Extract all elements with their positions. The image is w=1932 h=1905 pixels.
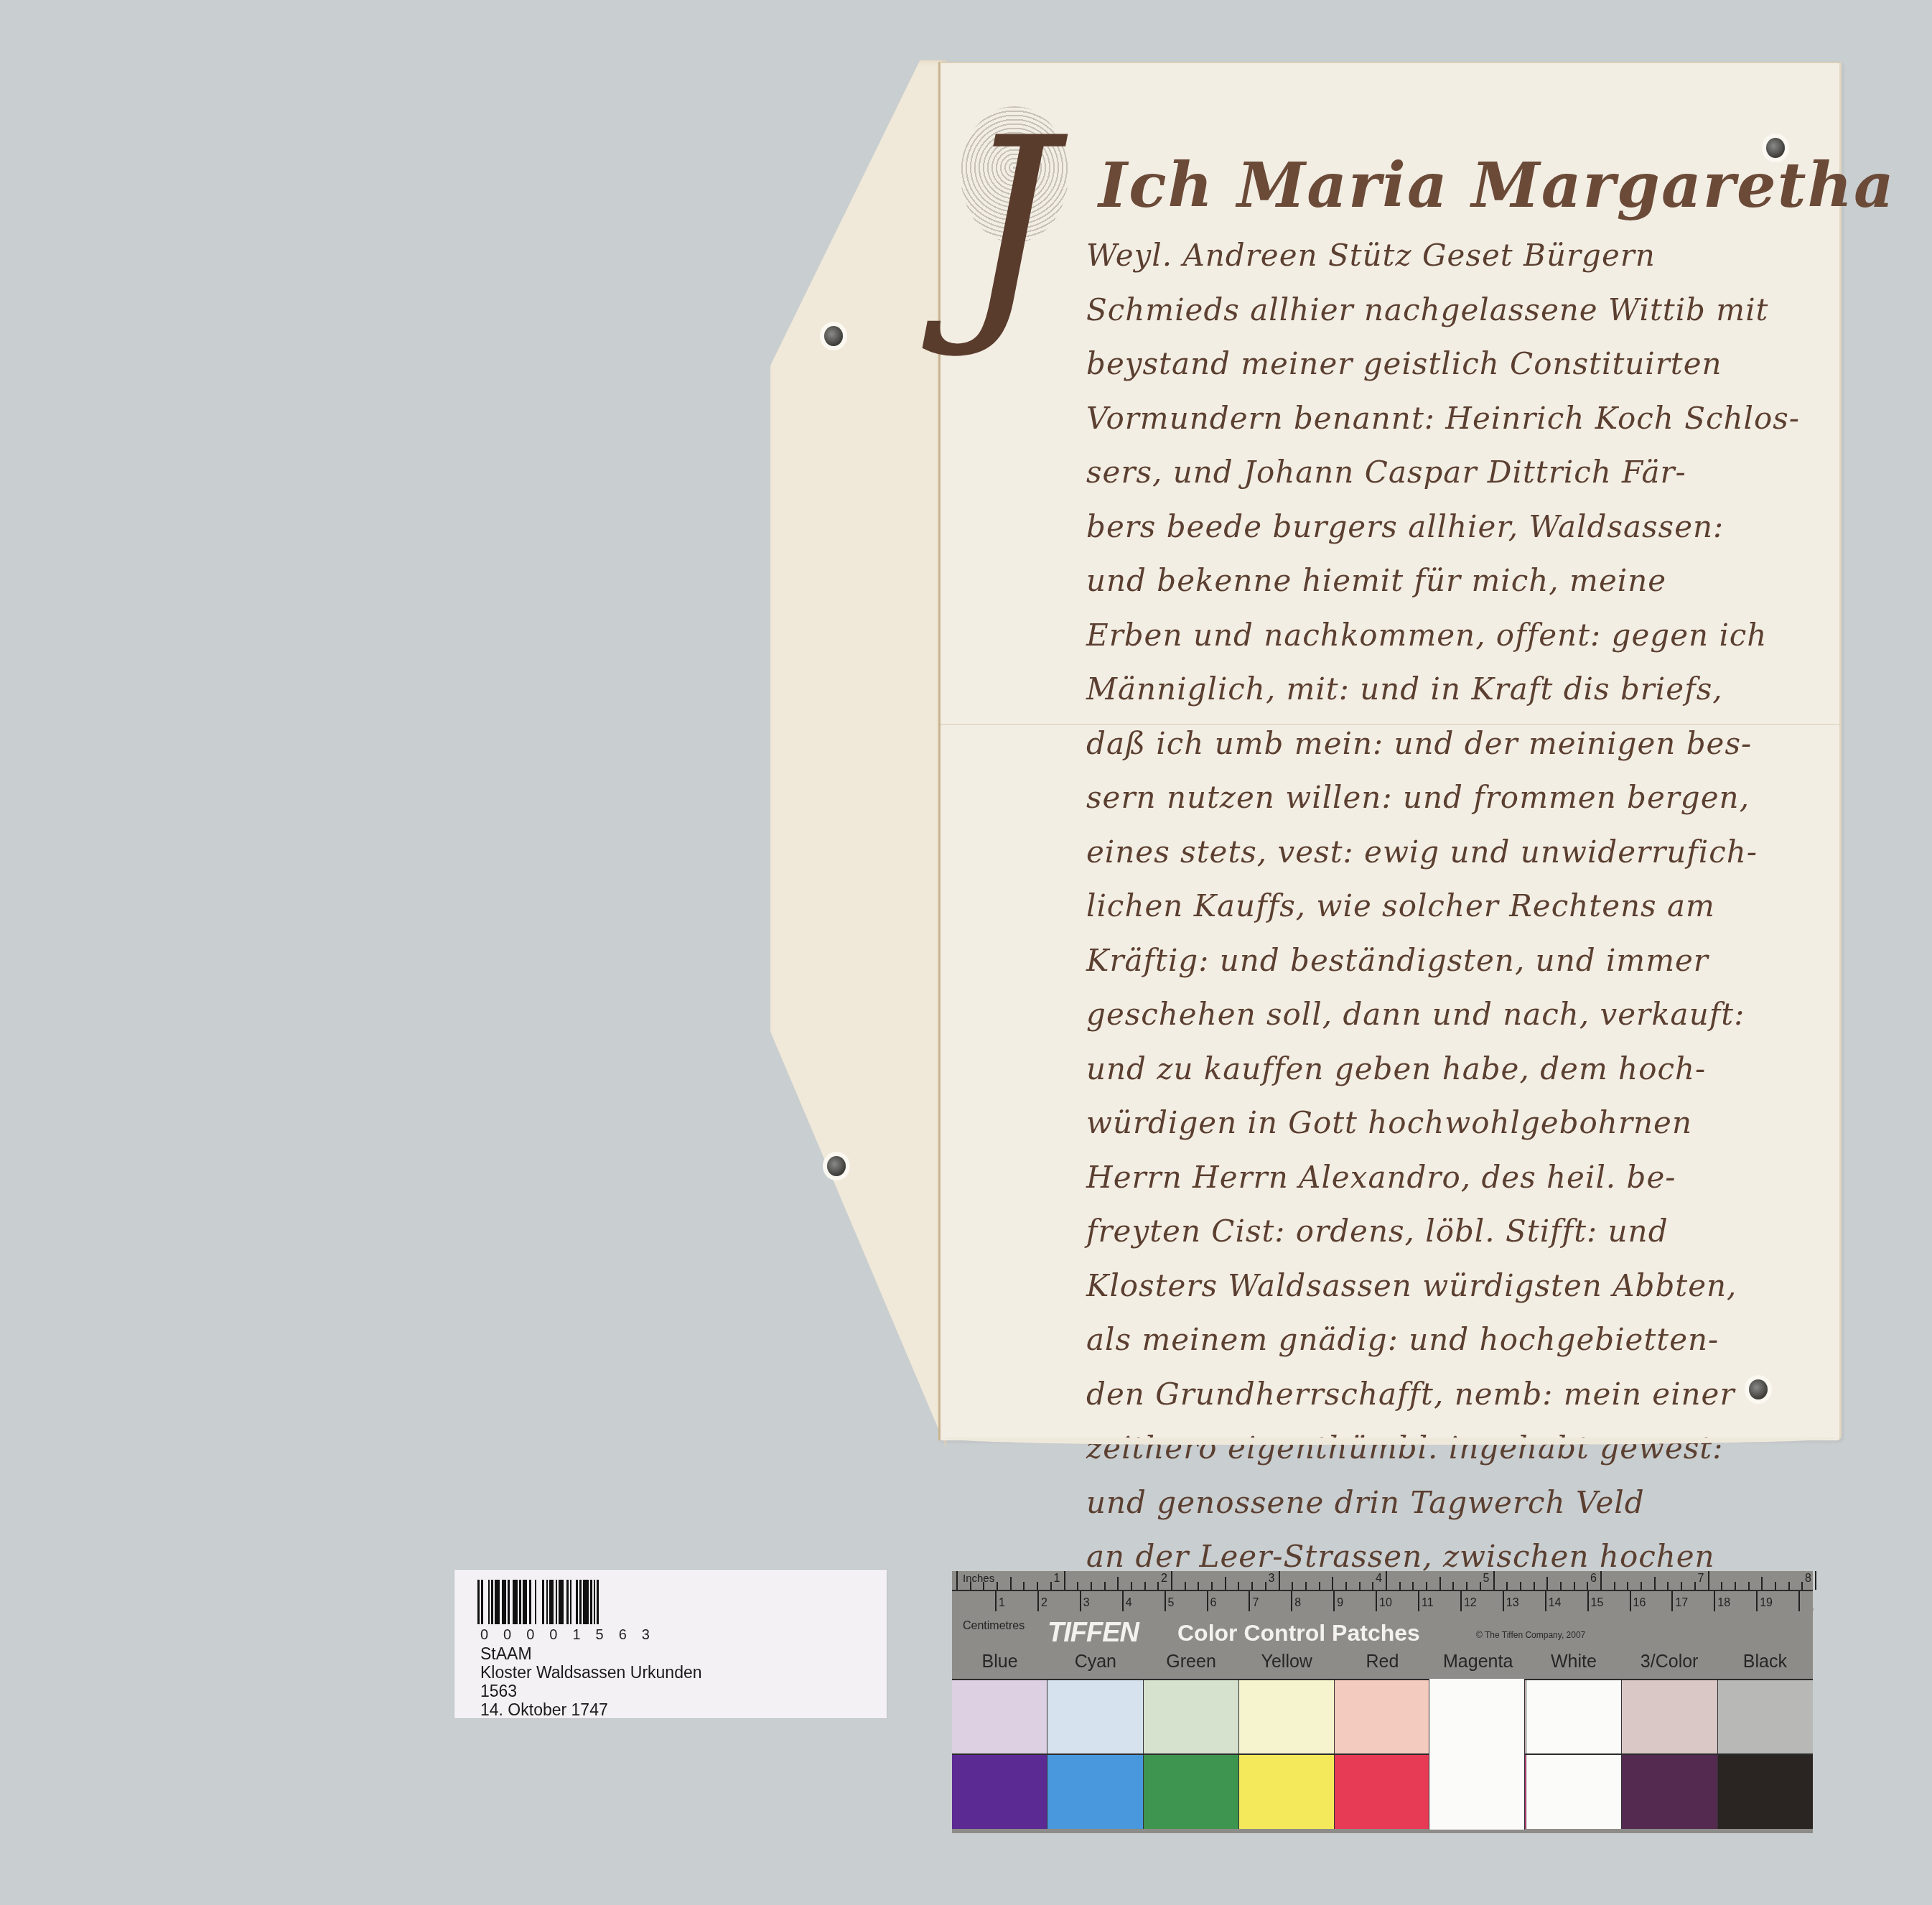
patch-red-dark: [1335, 1755, 1430, 1829]
text-line: als meinem gnädig: und hochgebietten-: [1025, 1313, 1815, 1367]
inch-tick: [1319, 1582, 1320, 1590]
cm-tick-label: 8: [1294, 1597, 1301, 1610]
inch-tick: [1185, 1582, 1186, 1590]
cm-tick: [1207, 1591, 1208, 1611]
inch-tick: [983, 1582, 984, 1590]
text-line: und zu kauffen geben habe, dem hoch-: [1025, 1042, 1815, 1096]
patch-red-light: [1335, 1680, 1430, 1754]
inch-tick: [1010, 1577, 1012, 1590]
inch-tick: [1748, 1582, 1750, 1590]
inch-tick-label: 5: [1483, 1573, 1490, 1585]
inch-tick: [1546, 1577, 1548, 1590]
inch-tick: [1614, 1582, 1615, 1590]
text-line: Männiglich, mit: und in Kraft dis briefs…: [1025, 662, 1815, 717]
text-line: und genossene drin Tagwerch Veld: [1025, 1476, 1815, 1530]
cm-tick-label: 15: [1591, 1597, 1604, 1610]
inch-tick: [1279, 1571, 1280, 1590]
patch-yellow-dark: [1239, 1755, 1335, 1829]
text-line: Vormundern benannt: Heinrich Koch Schlos…: [1025, 391, 1815, 446]
inch-tick: [1426, 1582, 1427, 1590]
inch-tick: [1399, 1582, 1401, 1590]
cm-tick: [1080, 1591, 1081, 1611]
inch-tick: [1439, 1577, 1441, 1590]
cm-tick: [1122, 1591, 1124, 1611]
cm-tick-label: 7: [1252, 1597, 1259, 1610]
inch-tick: [1775, 1582, 1776, 1590]
patch-3color-light: [1622, 1680, 1717, 1754]
inch-tick-label: 6: [1590, 1573, 1597, 1585]
patch-black-dark: [1718, 1755, 1813, 1829]
cm-tick: [1460, 1591, 1462, 1611]
inch-tick: [1238, 1582, 1239, 1590]
inch-tick: [997, 1582, 998, 1590]
patch-label-magenta: Magenta: [1430, 1652, 1526, 1672]
cm-tick-label: 18: [1717, 1597, 1730, 1610]
inch-tick: [1815, 1571, 1816, 1590]
record-number: 1563: [480, 1682, 702, 1700]
tiffen-logo: TIFFEN: [1047, 1618, 1139, 1649]
cm-tick-label: 2: [1041, 1597, 1047, 1610]
cm-tick: [1545, 1591, 1546, 1611]
inch-tick: [1064, 1571, 1065, 1590]
inch-tick: [1131, 1582, 1132, 1590]
text-line: sers, und Johann Caspar Dittrich Fär-: [1025, 445, 1815, 500]
text-line: geschehen soll, dann und nach, verkauft:: [1025, 987, 1815, 1042]
inch-tick: [1587, 1582, 1588, 1590]
inch-tick: [1480, 1582, 1481, 1590]
inch-tick: [1198, 1582, 1199, 1590]
cm-tick: [995, 1591, 997, 1611]
patch-cyan-light: [1047, 1680, 1143, 1754]
barcode-bar: [599, 1580, 601, 1624]
cm-tick-label: 11: [1422, 1597, 1434, 1610]
inch-tick: [1534, 1582, 1535, 1590]
manuscript-text: Weyl. Andreen Stütz Geset Bürgern Schmie…: [1025, 228, 1815, 1638]
patch-green-dark: [1144, 1755, 1239, 1829]
inch-tick: [1332, 1577, 1333, 1590]
text-line: Schmieds allhier nachgelassene Wittib mi…: [1025, 283, 1815, 337]
inch-tick: [1225, 1577, 1226, 1590]
cm-tick: [1037, 1591, 1039, 1611]
patch-green-light: [1144, 1680, 1239, 1754]
cm-tick: [1587, 1591, 1589, 1611]
cm-tick-label: 14: [1549, 1597, 1562, 1610]
inch-tick: [1801, 1582, 1803, 1590]
cm-tick-label: 17: [1675, 1597, 1688, 1610]
patch-blue-light: [952, 1680, 1047, 1754]
barcode-bar: [495, 1580, 500, 1624]
text-line: bers beede burgers allhier, Waldsassen:: [1025, 500, 1815, 554]
patch-3color-dark: [1622, 1755, 1717, 1829]
copyright-notice: © The Tiffen Company, 2007: [1476, 1630, 1585, 1640]
patch-label-black: Black: [1717, 1652, 1813, 1672]
inch-tick: [1412, 1582, 1414, 1590]
barcode-number: 00001563: [480, 1627, 665, 1644]
inch-tick: [1735, 1582, 1736, 1590]
inch-tick: [1292, 1582, 1293, 1590]
cm-tick-label: 4: [1126, 1597, 1132, 1610]
patch-cyan-dark: [1047, 1755, 1143, 1829]
cm-tick: [1249, 1591, 1250, 1611]
cm-tick: [1798, 1591, 1800, 1611]
cm-tick: [1333, 1591, 1335, 1611]
inch-tick: [1667, 1582, 1669, 1590]
cm-tick: [1503, 1591, 1504, 1611]
inch-tick: [956, 1571, 958, 1590]
inch-tick: [1506, 1582, 1508, 1590]
inch-tick-label: 3: [1269, 1573, 1275, 1585]
cm-tick-label: 13: [1506, 1597, 1519, 1610]
archive-label: 00001563 StAAM Kloster Waldsassen Urkund…: [454, 1570, 887, 1718]
cm-tick-label: 12: [1464, 1597, 1477, 1610]
patch-label-cyan: Cyan: [1047, 1652, 1143, 1672]
record-date: 14. Oktober 1747: [480, 1700, 702, 1719]
text-line: Klosters Waldsassen würdigsten Abbten,: [1025, 1259, 1815, 1313]
inch-tick: [1251, 1582, 1253, 1590]
patch-label-3color: 3/Color: [1622, 1652, 1717, 1672]
label-text: StAAM Kloster Waldsassen Urkunden 1563 1…: [480, 1644, 702, 1719]
cm-tick: [1418, 1591, 1419, 1611]
cm-tick-label: 19: [1760, 1597, 1773, 1610]
text-line: Weyl. Andreen Stütz Geset Bürgern: [1025, 228, 1815, 283]
inch-tick-label: 7: [1698, 1573, 1704, 1585]
inch-tick: [1372, 1582, 1373, 1590]
patch-labels: Blue Cyan Green Yellow Red Magenta White…: [952, 1652, 1813, 1672]
patch-label-green: Green: [1143, 1652, 1238, 1672]
inch-tick: [1345, 1582, 1347, 1590]
barcode-bar: [559, 1580, 564, 1624]
mount-rivet-icon: [827, 1156, 846, 1176]
card-title: Color Control Patches: [1177, 1620, 1420, 1647]
barcode-icon: [477, 1580, 601, 1624]
text-line: würdigen in Gott hochwohlgebohrnen: [1025, 1096, 1815, 1150]
patch-white: [1429, 1679, 1525, 1830]
text-line: Herrn Herrn Alexandro, des heil. be-: [1025, 1150, 1815, 1205]
patch-label-red: Red: [1335, 1652, 1430, 1672]
patch-yellow-light: [1239, 1680, 1335, 1754]
inch-tick: [1211, 1582, 1213, 1590]
cm-tick: [1714, 1591, 1715, 1611]
inch-tick: [1077, 1582, 1078, 1590]
inch-tick: [1305, 1582, 1307, 1590]
cm-tick-label: 10: [1379, 1597, 1392, 1610]
text-line: zeithero eigenthümbl. ingehabt gewest:: [1025, 1421, 1815, 1476]
inch-tick: [1104, 1582, 1106, 1590]
color-control-card: Inches 12345678 Centimetres TIFFEN Color…: [952, 1571, 1813, 1833]
cm-tick: [1756, 1591, 1758, 1611]
text-line: sern nutzen willen: und frommen bergen,: [1025, 770, 1815, 825]
inch-tick: [1144, 1582, 1146, 1590]
cm-tick: [1291, 1591, 1292, 1611]
barcode-bar: [483, 1580, 488, 1624]
collection-name: Kloster Waldsassen Urkunden: [480, 1663, 702, 1682]
inch-tick: [1359, 1582, 1361, 1590]
inch-tick: [1037, 1582, 1038, 1590]
inch-tick: [1466, 1582, 1467, 1590]
cm-tick-label: 6: [1210, 1597, 1217, 1610]
patch-white-dark: [1526, 1755, 1622, 1829]
inch-tick: [1265, 1582, 1266, 1590]
text-line: freyten Cist: ordens, löbl. Stifft: und: [1025, 1204, 1815, 1259]
text-line: lichen Kauffs, wie solcher Rechtens am: [1025, 879, 1815, 933]
patch-white-light: [1526, 1680, 1622, 1754]
inch-tick: [970, 1582, 971, 1590]
dark-patch-row: [952, 1753, 1813, 1829]
inch-tick: [1574, 1582, 1575, 1590]
text-line: und bekenne hiemit für mich, meine: [1025, 554, 1815, 608]
cm-tick-label: 16: [1633, 1597, 1646, 1610]
inches-label: Inches: [963, 1573, 994, 1585]
inch-tick: [1157, 1582, 1159, 1590]
barcode-bar: [583, 1580, 589, 1624]
text-line: Kräftig: und beständigsten, und immer: [1025, 933, 1815, 988]
inch-tick: [1117, 1577, 1119, 1590]
inch-tick: [1654, 1577, 1656, 1590]
inch-tick: [1050, 1582, 1052, 1590]
cm-tick: [1630, 1591, 1631, 1611]
inch-tick: [1386, 1571, 1387, 1590]
inch-tick-label: 8: [1805, 1573, 1811, 1585]
inch-tick: [1641, 1582, 1642, 1590]
inch-tick: [1627, 1582, 1628, 1590]
inch-tick: [1694, 1582, 1696, 1590]
inch-tick: [1600, 1571, 1602, 1590]
inch-tick-label: 4: [1376, 1573, 1382, 1585]
archive-name: StAAM: [480, 1644, 702, 1663]
cm-tick-label: 3: [1083, 1597, 1090, 1610]
patch-label-white: White: [1526, 1652, 1621, 1672]
inch-tick: [1171, 1571, 1172, 1590]
inch-tick: [1023, 1582, 1025, 1590]
folded-flap: [770, 60, 946, 1448]
patch-black-light: [1718, 1680, 1813, 1754]
light-patch-row: [952, 1679, 1813, 1754]
mount-rivet-icon: [824, 326, 843, 346]
text-line: daß ich umb mein: und der meinigen bes-: [1025, 717, 1815, 771]
text-line: den Grundherrschafft, nemb: mein einer: [1025, 1367, 1815, 1422]
inch-tick: [1493, 1571, 1495, 1590]
centimetres-label: Centimetres: [963, 1620, 1025, 1633]
document-heading: Ich Maria Margaretha: [1098, 149, 1895, 222]
inch-tick: [1091, 1582, 1092, 1590]
inch-tick: [1452, 1582, 1454, 1590]
inch-tick: [1788, 1582, 1790, 1590]
barcode-bar: [536, 1580, 542, 1624]
patch-blue-dark: [952, 1755, 1047, 1829]
text-line: eines stets, vest: ewig und unwiderrufic…: [1025, 825, 1815, 880]
cm-tick-label: 1: [999, 1597, 1005, 1610]
text-line: beystand meiner geistlich Constituirten: [1025, 337, 1815, 391]
inch-tick: [1520, 1582, 1521, 1590]
inch-tick: [1721, 1582, 1722, 1590]
manuscript-page: J Ich Maria Margaretha Weyl. Andreen Stü…: [938, 62, 1842, 1440]
text-line: Erben und nachkommen, offent: gegen ich: [1025, 608, 1815, 663]
inch-ruler: Inches 12345678: [952, 1571, 1813, 1591]
patch-label-yellow: Yellow: [1239, 1652, 1335, 1672]
inch-tick: [1560, 1582, 1562, 1590]
inch-tick: [1708, 1571, 1709, 1590]
inch-tick: [1681, 1582, 1682, 1590]
cm-tick: [1671, 1591, 1673, 1611]
cm-tick: [1165, 1591, 1166, 1611]
inch-tick-label: 2: [1161, 1573, 1167, 1585]
inch-tick-label: 1: [1054, 1573, 1060, 1585]
cm-tick-label: 9: [1337, 1597, 1343, 1610]
patch-label-blue: Blue: [952, 1652, 1047, 1672]
inch-tick: [1761, 1577, 1763, 1590]
barcode-bar: [513, 1580, 518, 1624]
cm-tick-label: 5: [1168, 1597, 1175, 1610]
cm-tick: [1376, 1591, 1377, 1611]
